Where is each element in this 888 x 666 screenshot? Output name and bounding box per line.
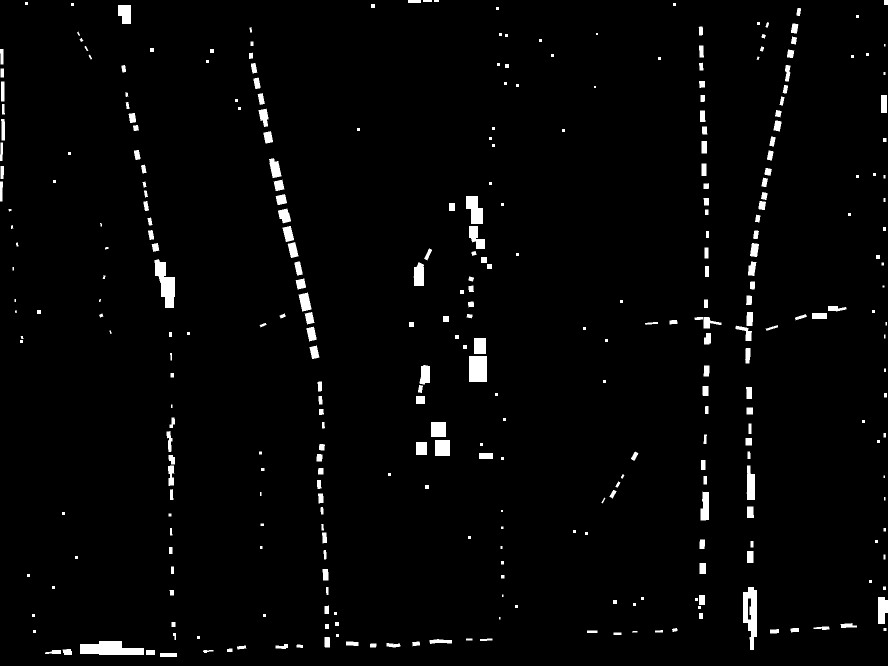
statue-head-highlight <box>449 196 483 224</box>
birch-left-top-blob <box>118 5 131 24</box>
statue-left-knee-highlight <box>421 366 430 383</box>
scattered-speckles <box>20 2 888 653</box>
birch-main-trunk-top <box>249 27 254 59</box>
right-branch-bright <box>812 306 838 319</box>
scene-canvas <box>0 0 888 666</box>
statue-right-thigh-highlight <box>474 338 486 354</box>
statue-chest-dots <box>481 257 492 269</box>
right-outer-trunk <box>745 8 801 650</box>
statue-shoulder-highlight <box>469 226 485 249</box>
statue-torso-trail <box>467 233 477 318</box>
statue-left-shin-highlight <box>416 396 425 404</box>
birch-left-bright-cluster <box>155 262 175 308</box>
corner-top-right-mark <box>884 0 888 5</box>
mid-diagonal-slash-b <box>601 498 605 504</box>
statue-right-leg-highlight <box>469 356 487 382</box>
ground-center-dashes <box>346 638 472 647</box>
left-speckle-column <box>9 209 24 339</box>
pedestal-speckle-column <box>499 510 505 620</box>
birch-side-slash <box>260 313 286 327</box>
binarized-forest-photo <box>0 0 888 666</box>
statue-arm-highlight <box>414 267 424 286</box>
ground-far-right-dashes <box>770 623 857 634</box>
statue-foot-highlight <box>416 422 450 456</box>
right-edge-bar-top <box>881 95 887 113</box>
ground-center-bright <box>480 638 492 641</box>
right-fork-slash <box>757 22 770 60</box>
top-edge-marks <box>408 0 439 3</box>
right-outer-trunk-bright-mid <box>747 474 755 500</box>
left-small-diagonal <box>77 32 92 60</box>
birch-left-lower-trail <box>168 332 176 640</box>
right-edge-bar-bottom <box>878 597 888 624</box>
birch-main-trunk-lower <box>317 382 331 648</box>
birch-left-upper-trail <box>121 65 172 295</box>
statue-base-dash <box>479 453 493 459</box>
right-edge-speckles <box>882 44 888 631</box>
ground-right-dashes <box>587 628 678 635</box>
mid-speckle-column <box>259 451 265 549</box>
left-edge-highlight-line <box>0 49 5 201</box>
left-mid-speckles <box>99 223 112 334</box>
birch-left-bright-mid <box>167 431 175 500</box>
right-inner-trunk-bright-mid <box>703 492 709 520</box>
branch-horizontal-dashes <box>645 307 846 331</box>
mid-diagonal-slash-a <box>609 451 638 498</box>
